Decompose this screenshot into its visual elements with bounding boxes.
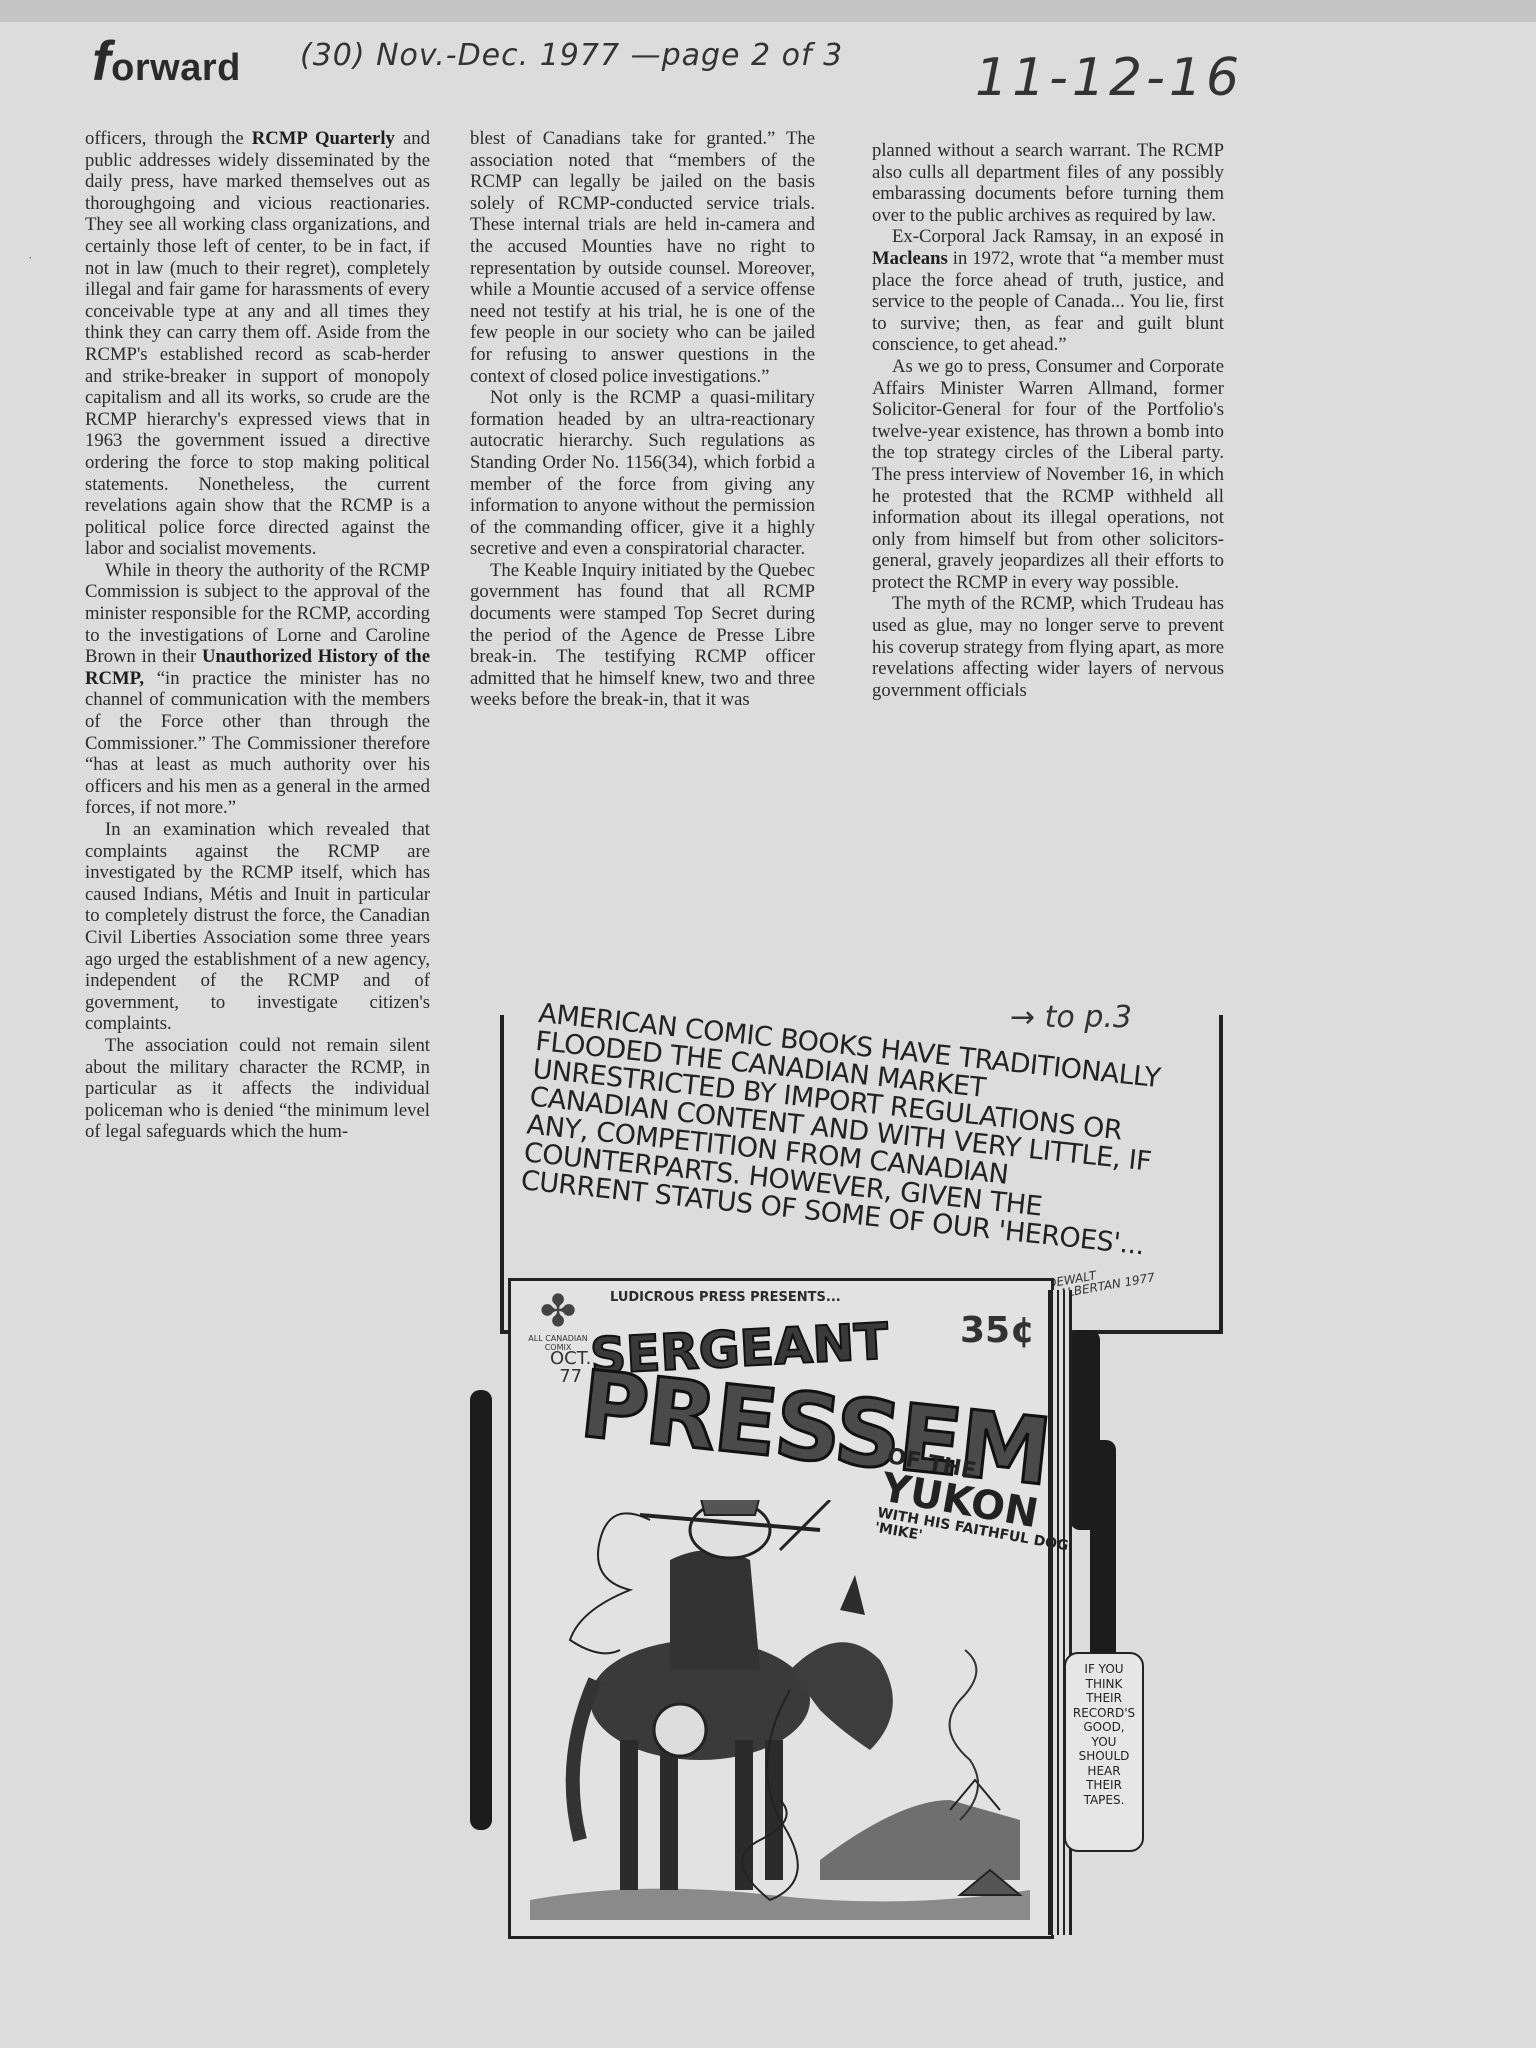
article-paragraph: The association could not remain silent …: [85, 1035, 430, 1143]
article-column-3: planned without a search warrant. The RC…: [872, 140, 1224, 701]
article-column-1: officers, through the RCMP Quarterly and…: [85, 128, 430, 1143]
article-paragraph: blest of Canadians take for granted.” Th…: [470, 128, 815, 387]
mountie-on-horse-illustration: [520, 1500, 1040, 1920]
comic-price: 35¢: [960, 1310, 1035, 1351]
article-paragraph: The myth of the RCMP, which Trudeau has …: [872, 593, 1224, 701]
canadian-comix-badge: ✤ ALL CANADIAN COMIX: [528, 1290, 588, 1352]
scan-mark: ˙: [28, 255, 33, 271]
handwritten-archive-code: 11-12-16: [975, 48, 1243, 108]
article-paragraph: officers, through the RCMP Quarterly and…: [85, 128, 430, 560]
comic-publisher: LUDICROUS PRESS PRESENTS...: [610, 1290, 841, 1305]
article-paragraph: The Keable Inquiry initiated by the Queb…: [470, 560, 815, 711]
handwritten-issue-note: (30) Nov.-Dec. 1977 —page 2 of 3: [300, 38, 843, 73]
article-paragraph: In an examination which revealed that co…: [85, 819, 430, 1035]
article-paragraph: Not only is the RCMP a quasi-military fo…: [470, 387, 815, 560]
cartoon-shadow-left: [470, 1390, 492, 1830]
article-paragraph: planned without a search warrant. The RC…: [872, 140, 1224, 226]
article-paragraph: Ex-Corporal Jack Ramsay, in an exposé in…: [872, 226, 1224, 356]
article-paragraph: While in theory the authority of the RCM…: [85, 560, 430, 819]
article-column-2: blest of Canadians take for granted.” Th…: [470, 128, 815, 711]
maple-leaf-icon: ✤: [528, 1290, 588, 1334]
publication-masthead: forward: [92, 28, 241, 93]
handwritten-continuation-note: → to p.3: [1010, 1000, 1132, 1035]
cartoon-shadow-right-bottom: [1090, 1440, 1116, 1680]
speech-balloon: IF YOU THINK THEIR RECORD'S GOOD, YOU SH…: [1064, 1652, 1144, 1852]
article-paragraph: As we go to press, Consumer and Corporat…: [872, 356, 1224, 594]
